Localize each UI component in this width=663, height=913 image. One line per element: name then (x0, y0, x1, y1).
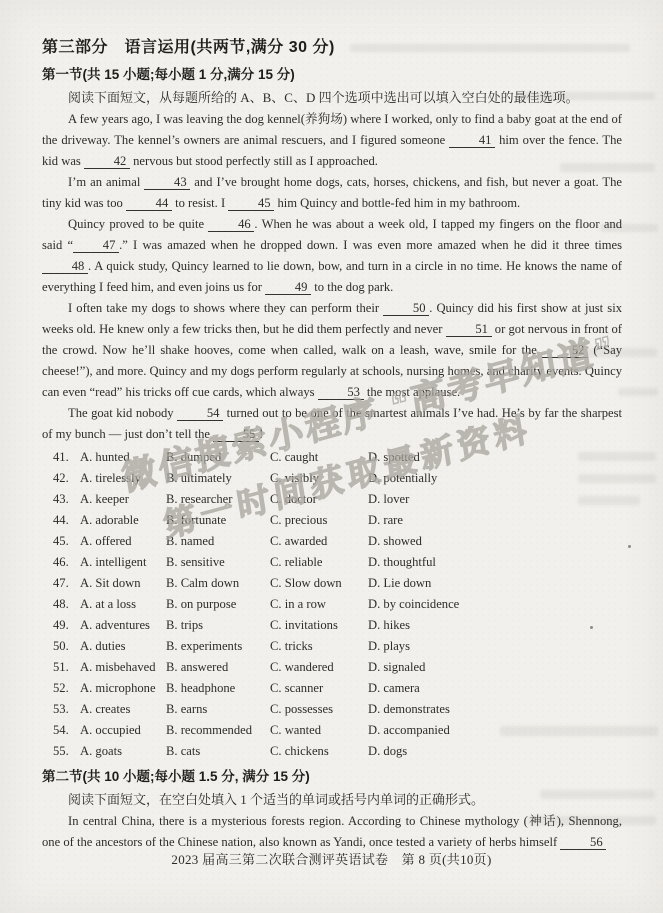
option-a: A. duties (80, 636, 166, 657)
cloze-blank-41: 41 (449, 134, 495, 148)
option-d: D. by coincidence (368, 594, 622, 615)
cloze-blank-55: 55 (213, 428, 259, 442)
cloze-blank-53: 53 (318, 386, 364, 400)
option-b: B. ultimately (166, 468, 270, 489)
question-number: 43. (53, 489, 80, 510)
option-b: B. researcher (166, 489, 270, 510)
question-row-49: 49.A. adventuresB. tripsC. invitationsD.… (42, 615, 622, 636)
option-d: D. signaled (368, 657, 622, 678)
option-a: A. adventures (80, 615, 166, 636)
question-row-51: 51.A. misbehavedB. answeredC. wanderedD.… (42, 657, 622, 678)
option-c: C. possesses (270, 699, 368, 720)
option-c: C. awarded (270, 531, 368, 552)
option-c: C. scanner (270, 678, 368, 699)
option-a: A. tirelessly (80, 468, 166, 489)
option-c: C. doctor (270, 489, 368, 510)
cloze-blank-52: 52 (542, 344, 588, 358)
option-b: B. headphone (166, 678, 270, 699)
cloze-blank-50: 50 (383, 302, 429, 316)
option-b: B. answered (166, 657, 270, 678)
part3-title: 第三部分 语言运用(共两节,满分 30 分) (42, 36, 622, 60)
cloze-blank-46: 46 (208, 218, 254, 232)
question-row-41: 41.A. huntedB. dumpedC. caughtD. spotted (42, 447, 622, 468)
cloze-blank-51: 51 (446, 323, 492, 337)
question-row-50: 50.A. dutiesB. experimentsC. tricksD. pl… (42, 636, 622, 657)
question-number: 47. (53, 573, 80, 594)
option-a: A. occupied (80, 720, 166, 741)
option-b: B. dumped (166, 447, 270, 468)
option-c: C. wanted (270, 720, 368, 741)
option-b: B. on purpose (166, 594, 270, 615)
option-d: D. dogs (368, 741, 622, 762)
option-d: D. rare (368, 510, 622, 531)
passage-paragraph: I’m an animal 43 and I’ve brought home d… (42, 172, 622, 214)
cloze-blank-47: 47 (73, 239, 119, 253)
cloze-options-list: 41.A. huntedB. dumpedC. caughtD. spotted… (42, 447, 622, 762)
question-row-52: 52.A. microphoneB. headphoneC. scannerD.… (42, 678, 622, 699)
option-c: C. visibly (270, 468, 368, 489)
page-content: 第三部分 语言运用(共两节,满分 30 分) 第一节(共 15 小题;每小题 1… (42, 36, 622, 853)
option-c: C. chickens (270, 741, 368, 762)
cloze-blank-45: 45 (228, 197, 274, 211)
option-d: D. thoughtful (368, 552, 622, 573)
option-a: A. intelligent (80, 552, 166, 573)
question-row-44: 44.A. adorableB. fortunateC. preciousD. … (42, 510, 622, 531)
option-b: B. recommended (166, 720, 270, 741)
page-footer: 2023 届高三第二次联合测评英语试卷 第 8 页(共10页) (0, 849, 663, 868)
question-number: 45. (53, 531, 80, 552)
cloze-blank-54: 54 (177, 407, 223, 421)
option-d: D. accompanied (368, 720, 622, 741)
question-row-47: 47.A. Sit downB. Calm downC. Slow downD.… (42, 573, 622, 594)
question-number: 54. (53, 720, 80, 741)
option-c: C. invitations (270, 615, 368, 636)
question-number: 48. (53, 594, 80, 615)
option-b: B. experiments (166, 636, 270, 657)
cloze-passage: A few years ago, I was leaving the dog k… (42, 109, 622, 445)
question-row-48: 48.A. at a lossB. on purposeC. in a rowD… (42, 594, 622, 615)
cloze-blank-48: 48 (42, 260, 88, 274)
scan-speck (590, 626, 593, 629)
bleed-through-artifact (618, 388, 658, 396)
question-number: 41. (53, 447, 80, 468)
option-d: D. hikes (368, 615, 622, 636)
question-number: 46. (53, 552, 80, 573)
option-c: C. tricks (270, 636, 368, 657)
question-number: 53. (53, 699, 80, 720)
option-b: B. trips (166, 615, 270, 636)
option-c: C. caught (270, 447, 368, 468)
question-number: 55. (53, 741, 80, 762)
option-a: A. adorable (80, 510, 166, 531)
question-row-55: 55.A. goatsB. catsC. chickensD. dogs (42, 741, 622, 762)
question-row-46: 46.A. intelligentB. sensitiveC. reliable… (42, 552, 622, 573)
cloze-blank-44: 44 (126, 197, 172, 211)
question-number: 42. (53, 468, 80, 489)
question-number: 44. (53, 510, 80, 531)
section2-title: 第二节(共 10 小题;每小题 1.5 分, 满分 15 分) (42, 765, 622, 788)
cloze-blank-43: 43 (144, 176, 190, 190)
cloze-blank-42: 42 (84, 155, 130, 169)
option-d: D. lover (368, 489, 622, 510)
section1-title: 第一节(共 15 小题;每小题 1 分,满分 15 分) (42, 63, 622, 86)
option-d: D. camera (368, 678, 622, 699)
question-row-45: 45.A. offeredB. namedC. awardedD. showed (42, 531, 622, 552)
option-a: A. creates (80, 699, 166, 720)
option-a: A. hunted (80, 447, 166, 468)
exam-paper-page: 第三部分 语言运用(共两节,满分 30 分) 第一节(共 15 小题;每小题 1… (0, 0, 663, 913)
section2-instruction: 阅读下面短文，在空白处填入 1 个适当的单词或括号内单词的正确形式。 (42, 788, 622, 811)
option-d: D. spotted (368, 447, 622, 468)
question-number: 52. (53, 678, 80, 699)
passage-paragraph: I often take my dogs to shows where they… (42, 298, 622, 403)
option-c: C. precious (270, 510, 368, 531)
section1-instruction: 阅读下面短文，从每题所给的 A、B、C、D 四个选项中选出可以填入空白处的最佳选… (42, 86, 622, 109)
grammar-fill-passage: In central China, there is a mysterious … (42, 811, 622, 853)
option-d: D. Lie down (368, 573, 622, 594)
option-d: D. potentially (368, 468, 622, 489)
cloze-blank-49: 49 (265, 281, 311, 295)
question-row-43: 43.A. keeperB. researcherC. doctorD. lov… (42, 489, 622, 510)
scan-speck (628, 545, 631, 548)
option-a: A. at a loss (80, 594, 166, 615)
question-row-54: 54.A. occupiedB. recommendedC. wantedD. … (42, 720, 622, 741)
option-d: D. demonstrates (368, 699, 622, 720)
option-d: D. plays (368, 636, 622, 657)
cloze-blank-56: 56 (560, 836, 606, 850)
option-b: B. earns (166, 699, 270, 720)
option-a: A. Sit down (80, 573, 166, 594)
passage-paragraph: A few years ago, I was leaving the dog k… (42, 109, 622, 172)
option-b: B. Calm down (166, 573, 270, 594)
option-c: C. in a row (270, 594, 368, 615)
question-number: 51. (53, 657, 80, 678)
option-c: C. Slow down (270, 573, 368, 594)
question-number: 49. (53, 615, 80, 636)
option-a: A. keeper (80, 489, 166, 510)
option-a: A. misbehaved (80, 657, 166, 678)
question-number: 50. (53, 636, 80, 657)
option-d: D. showed (368, 531, 622, 552)
question-row-53: 53.A. createsB. earnsC. possessesD. demo… (42, 699, 622, 720)
option-b: B. cats (166, 741, 270, 762)
option-b: B. fortunate (166, 510, 270, 531)
question-row-42: 42.A. tirelesslyB. ultimatelyC. visiblyD… (42, 468, 622, 489)
option-b: B. sensitive (166, 552, 270, 573)
option-a: A. microphone (80, 678, 166, 699)
passage-paragraph: The goat kid nobody 54 turned out to be … (42, 403, 622, 445)
passage-paragraph: Quincy proved to be quite 46. When he wa… (42, 214, 622, 298)
option-c: C. wandered (270, 657, 368, 678)
option-c: C. reliable (270, 552, 368, 573)
option-a: A. goats (80, 741, 166, 762)
option-b: B. named (166, 531, 270, 552)
option-a: A. offered (80, 531, 166, 552)
